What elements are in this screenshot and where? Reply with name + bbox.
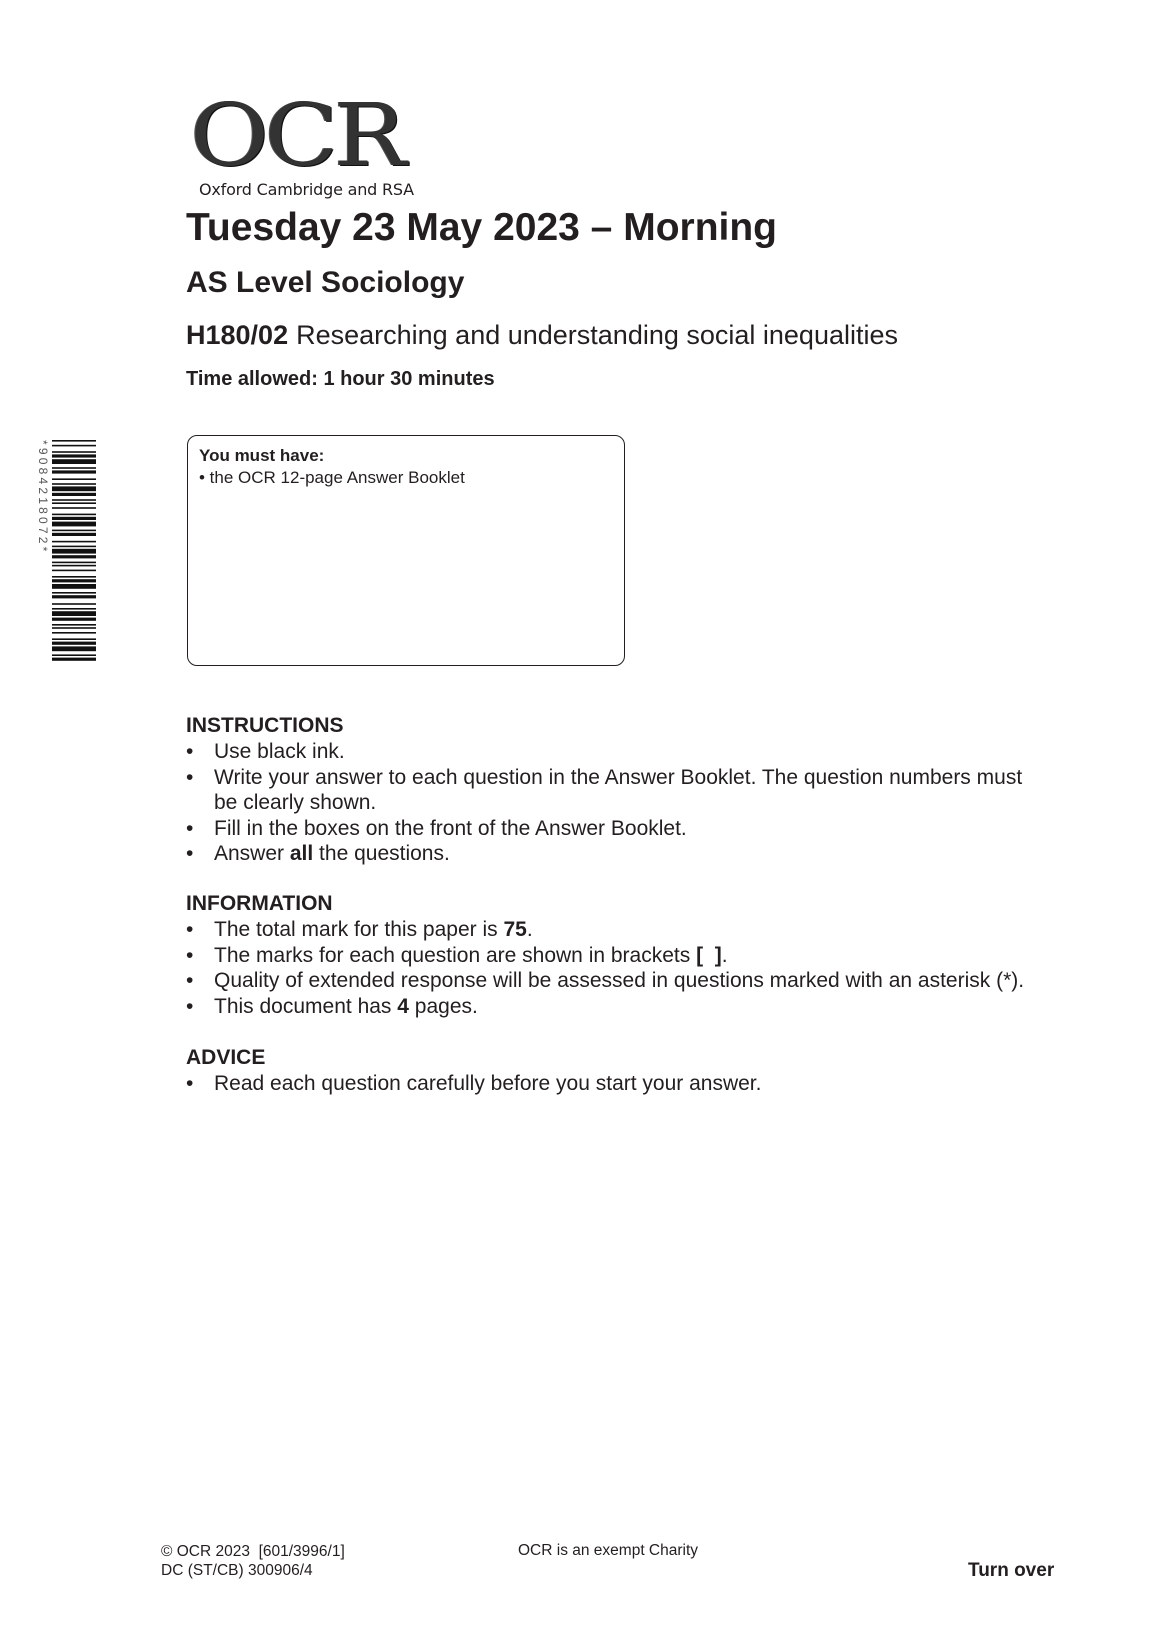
footer-left: © OCR 2023 [601/3996/1] DC (ST/CB) 30090… — [161, 1542, 345, 1580]
paper-code: H180/02 — [186, 320, 288, 350]
barcode-icon — [52, 440, 96, 664]
list-item: Answer all the questions. — [186, 841, 1086, 867]
advice-section: ADVICE Read each question carefully befo… — [186, 1046, 1086, 1097]
text: This document has — [214, 995, 397, 1018]
list-item: The total mark for this paper is 75. — [186, 917, 1086, 943]
emphasis: 4 — [397, 995, 409, 1018]
information-section: INFORMATION The total mark for this pape… — [186, 892, 1086, 1019]
advice-heading: ADVICE — [186, 1046, 1086, 1070]
paper-title: Researching and understanding social ine… — [296, 320, 898, 350]
copyright: © OCR 2023 [601/3996/1] — [161, 1542, 345, 1561]
text: The marks for each question are shown in… — [214, 944, 696, 967]
instructions-section: INSTRUCTIONS Use black ink. Write your a… — [186, 714, 1086, 867]
charity-note: OCR is an exempt Charity — [518, 1542, 698, 1560]
barcode-text: *9084218072* — [36, 440, 50, 664]
logo-mark: OCR — [190, 96, 459, 176]
text: Answer — [214, 842, 290, 865]
emphasis: 75 — [503, 918, 526, 941]
list-item: Read each question carefully before you … — [186, 1071, 1086, 1097]
text: The total mark for this paper is — [214, 918, 503, 941]
exam-date-title: Tuesday 23 May 2023 – Morning — [186, 206, 777, 250]
turn-over: Turn over — [968, 1560, 1054, 1582]
emphasis: [ ] — [696, 944, 722, 967]
text: . — [722, 944, 728, 967]
emphasis: all — [290, 842, 313, 865]
list-item: Quality of extended response will be ass… — [186, 968, 1086, 994]
text: pages. — [409, 995, 478, 1018]
must-have-item: • the OCR 12-page Answer Booklet — [199, 468, 613, 488]
list-item: Fill in the boxes on the front of the An… — [186, 816, 1086, 842]
list-item: The marks for each question are shown in… — [186, 943, 1086, 969]
instructions-heading: INSTRUCTIONS — [186, 714, 1086, 738]
document-ref: DC (ST/CB) 300906/4 — [161, 1561, 345, 1580]
subject-title: AS Level Sociology — [186, 266, 464, 300]
text: the questions. — [313, 842, 450, 865]
text: . — [527, 918, 533, 941]
list-item: Write your answer to each question in th… — [186, 765, 1086, 816]
information-heading: INFORMATION — [186, 892, 1086, 916]
list-item: This document has 4 pages. — [186, 994, 1086, 1020]
time-allowed: Time allowed: 1 hour 30 minutes — [186, 368, 495, 391]
must-have-heading: You must have: — [199, 446, 613, 466]
must-have-box: You must have: • the OCR 12-page Answer … — [187, 435, 625, 666]
ocr-logo: OCR Oxford Cambridge and RSA — [190, 96, 430, 199]
list-item: Use black ink. — [186, 739, 1086, 765]
paper-heading: H180/02Researching and understanding soc… — [186, 320, 898, 351]
